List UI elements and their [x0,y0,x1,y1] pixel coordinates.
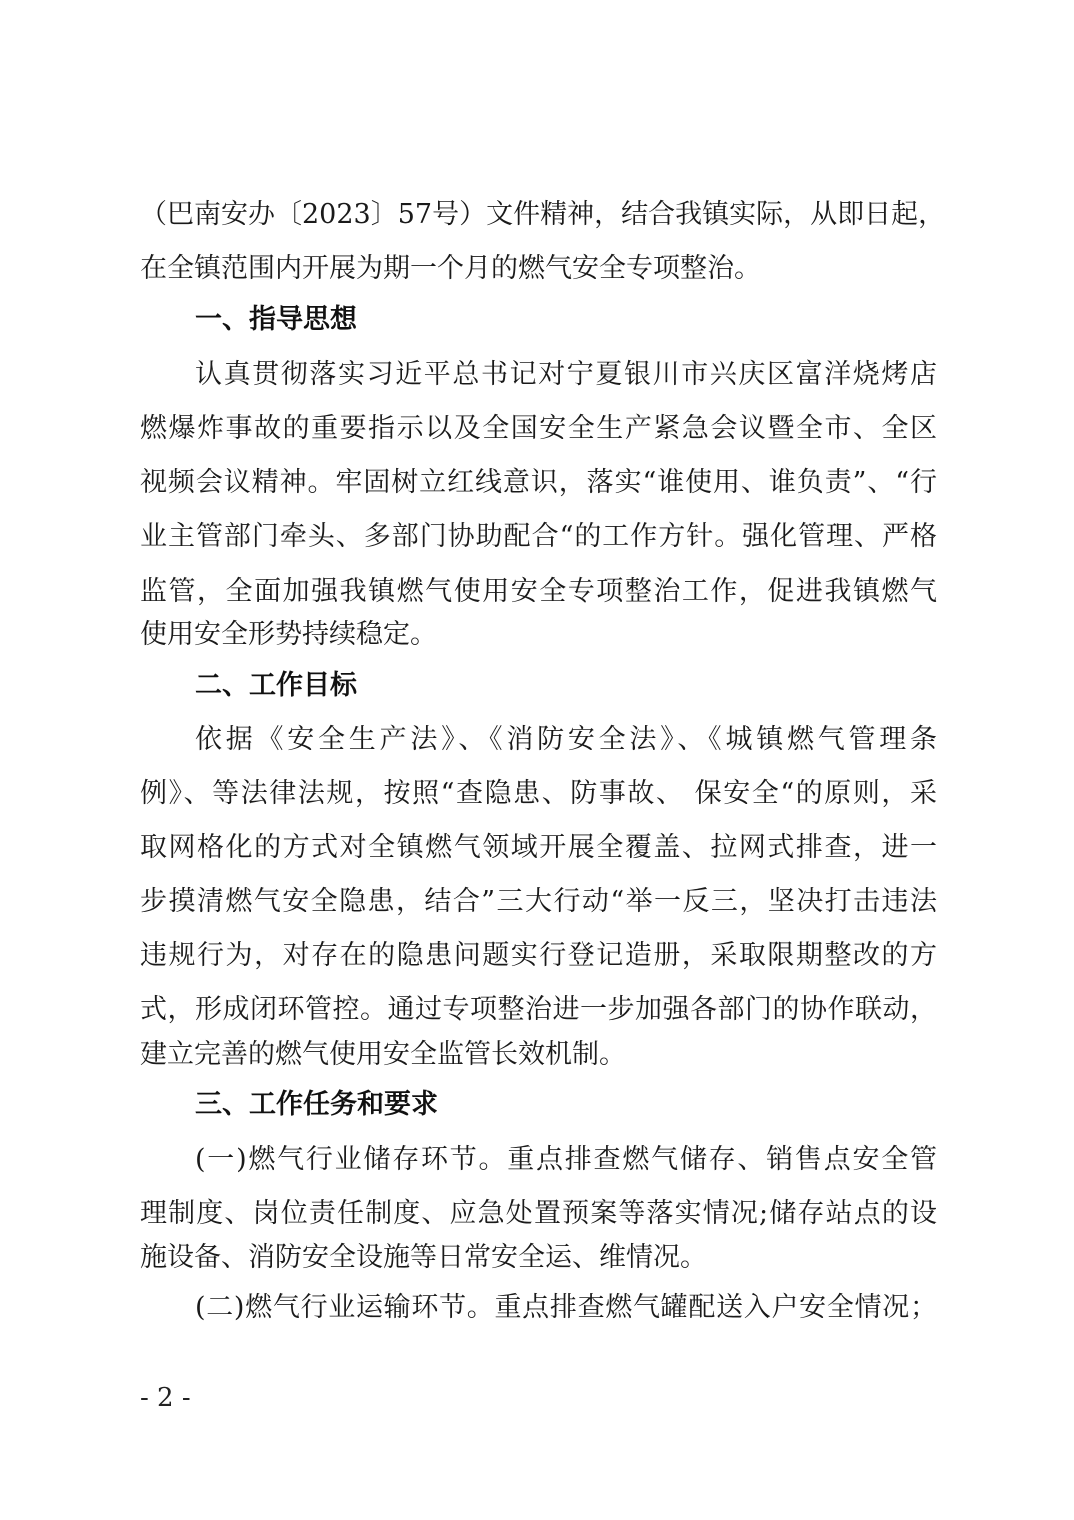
section2-line-1: 依据《安全生产法》、《消防安全法》、《城镇燃气管理条 [195,722,937,758]
intro-line-1: （巴南安办〔2023〕57号）文件精神，结合我镇实际，从即日起， [140,197,937,233]
section2-line-5: 违规行为，对存在的隐患问题实行登记造册，采取限期整改的方 [140,938,937,974]
section3-para1-line-2: 理制度、岗位责任制度、应急处置预案等落实情况;储存站点的设 [140,1196,937,1232]
section-heading-guiding-ideology: 一、指导思想 [195,302,357,338]
section2-line-6: 式，形成闭环管控。通过专项整治进一步加强各部门的协作联动， [140,992,937,1028]
section2-line-3: 取网格化的方式对全镇燃气领域开展全覆盖、拉网式排查，进一 [140,830,937,866]
section3-para1-line-1: (一)燃气行业储存环节。重点排查燃气储存、销售点安全管 [195,1142,937,1178]
section2-line-2: 例》、等法律法规，按照“查隐患、防事故、 保安全“的原则，采 [140,776,937,812]
section3-para2-line-1: (二)燃气行业运输环节。重点排查燃气罐配送入户安全情况； [195,1290,937,1326]
intro-line-2: 在全镇范围内开展为期一个月的燃气安全专项整治。 [140,251,937,287]
section2-line-7: 建立完善的燃气使用安全监管长效机制。 [140,1037,937,1073]
page-number: - 2 - [140,1382,191,1414]
section-heading-work-goals: 二、工作目标 [195,668,357,704]
section-heading-tasks-requirements: 三、工作任务和要求 [195,1087,438,1123]
section1-line-4: 业主管部门牵头、多部门协助配合“的工作方针。强化管理、严格 [140,519,937,555]
section1-line-2: 燃爆炸事故的重要指示以及全国安全生产紧急会议暨全市、全区 [140,411,937,447]
section1-line-5: 监管，全面加强我镇燃气使用安全专项整治工作，促进我镇燃气 [140,574,937,610]
section1-line-3: 视频会议精神。牢固树立红线意识，落实“谁使用、谁负责”、“行 [140,465,937,501]
section3-para1-line-3: 施设备、消防安全设施等日常安全运、维情况。 [140,1240,937,1276]
document-page: （巴南安办〔2023〕57号）文件精神，结合我镇实际，从即日起， 在全镇范围内开… [0,0,1074,1520]
section1-line-1: 认真贯彻落实习近平总书记对宁夏银川市兴庆区富洋烧烤店 [195,357,937,393]
section2-line-4: 步摸清燃气安全隐患，结合”三大行动“举一反三，坚决打击违法 [140,884,937,920]
section1-line-6: 使用安全形势持续稳定。 [140,617,937,653]
